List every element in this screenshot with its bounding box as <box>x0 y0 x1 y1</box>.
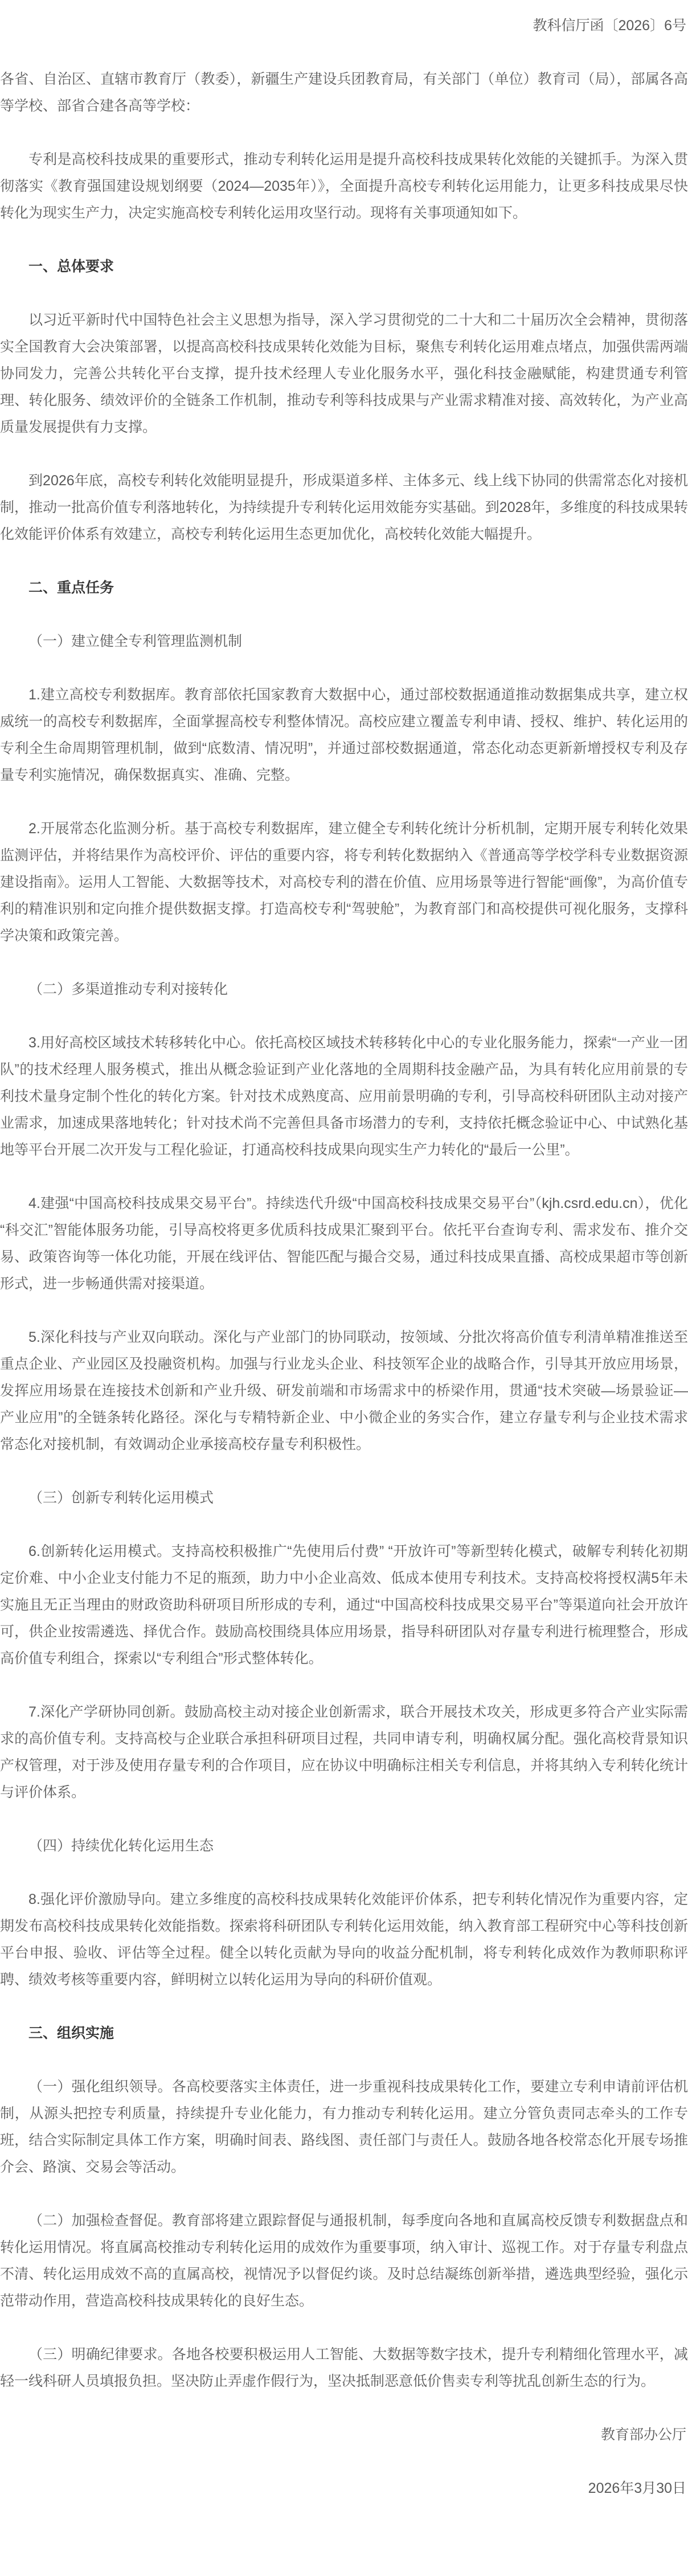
paragraph: 3.用好高校区域技术转移转化中心。依托高校区域技术转移转化中心的专业化服务能力，… <box>0 1030 688 1164</box>
signature-date: 2026年3月30日 <box>0 2475 686 2502</box>
paragraph: （二）加强检查督促。教育部将建立跟踪督促与通报机制，每季度向各地和直属高校反馈专… <box>0 2208 688 2315</box>
paragraph: （三）明确纪律要求。各地各校要积极运用人工智能、大数据等数字技术，提升专利精细化… <box>0 2341 688 2395</box>
paragraph: 以习近平新时代中国特色社会主义思想为指导，深入学习贯彻党的二十大和二十届历次全会… <box>0 307 688 441</box>
paragraph: 5.深化科技与产业双向联动。深化与产业部门的协同联动，按领域、分批次将高价值专利… <box>0 1324 688 1458</box>
section-heading-2: 二、重点任务 <box>0 575 688 601</box>
doc-number: 教科信厅函〔2026〕6号 <box>0 13 686 39</box>
section-heading-1: 一、总体要求 <box>0 253 688 280</box>
paragraph: 2.开展常态化监测分析。基于高校专利数据库，建立健全专利转化统计分析机制，定期开… <box>0 816 688 949</box>
subsection-heading-2-3: （三）创新专利转化运用模式 <box>0 1485 688 1512</box>
section-heading-3: 三、组织实施 <box>0 2020 688 2047</box>
paragraph: （一）强化组织领导。各高校要落实主体责任，进一步重视科技成果转化工作，要建立专利… <box>0 2074 688 2181</box>
salutation: 各省、自治区、直辖市教育厅（教委），新疆生产建设兵团教育局，有关部门（单位）教育… <box>0 66 688 120</box>
paragraph: 1.建立高校专利数据库。教育部依托国家教育大数据中心，通过部校数据通道推动数据集… <box>0 682 688 789</box>
paragraph: 7.深化产学研协同创新。鼓励高校主动对接企业创新需求，联合开展技术攻关，形成更多… <box>0 1699 688 1806</box>
signature-org: 教育部办公厅 <box>0 2422 686 2448</box>
notice-document: 教科信厅函〔2026〕6号 各省、自治区、直辖市教育厅（教委），新疆生产建设兵团… <box>0 0 688 2525</box>
paragraph: 8.强化评价激励导向。建立多维度的高校科技成果转化效能评价体系，把专利转化情况作… <box>0 1886 688 1993</box>
paragraph-intro: 专利是高校科技成果的重要形式，推动专利转化运用是提升高校科技成果转化效能的关键抓… <box>0 146 688 227</box>
paragraph: 4.建强“中国高校科技成果交易平台”。持续迭代升级“中国高校科技成果交易平台”（… <box>0 1190 688 1297</box>
signature-block: 教育部办公厅 2026年3月30日 <box>0 2422 688 2502</box>
subsection-heading-2-4: （四）持续优化转化运用生态 <box>0 1833 688 1860</box>
paragraph: 到2026年底，高校专利转化效能明显提升，形成渠道多样、主体多元、线上线下协同的… <box>0 468 688 548</box>
paragraph: 6.创新转化运用模式。支持高校积极推广“先使用后付费” “开放许可”等新型转化模… <box>0 1538 688 1672</box>
subsection-heading-2-1: （一）建立健全专利管理监测机制 <box>0 628 688 655</box>
subsection-heading-2-2: （二）多渠道推动专利对接转化 <box>0 976 688 1003</box>
